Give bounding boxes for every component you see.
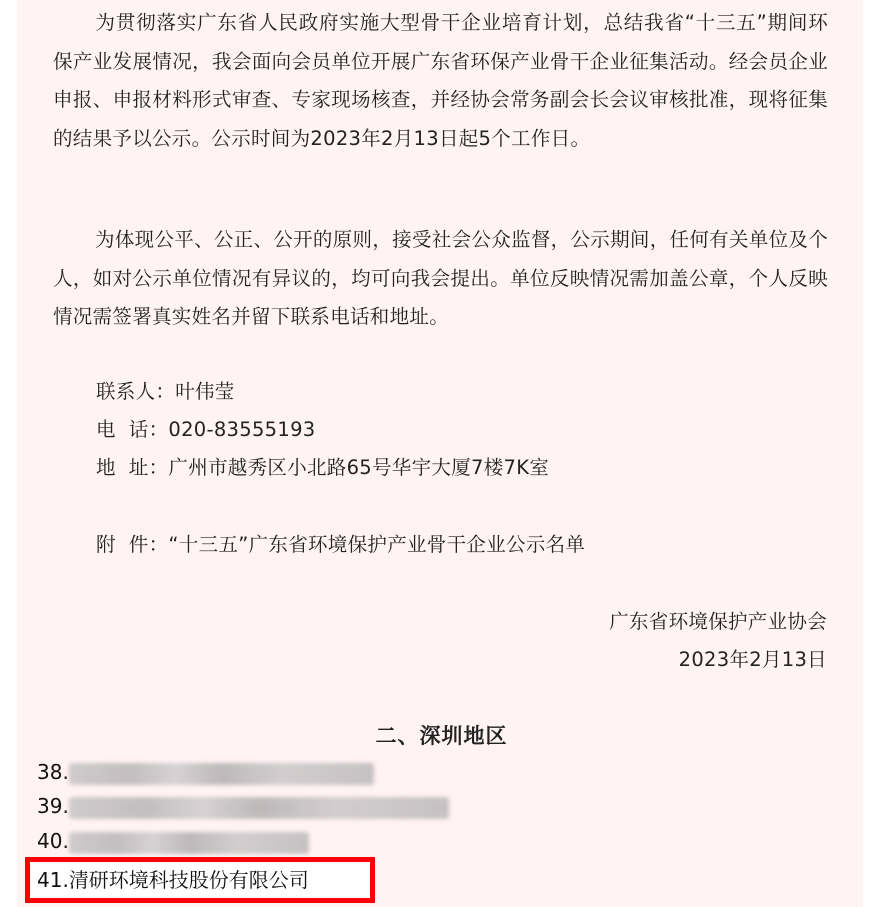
item-number: 40. bbox=[37, 829, 69, 853]
list-item-highlighted: 41.清研环境科技股份有限公司 bbox=[30, 862, 370, 898]
contact-person: 联系人：叶伟莹 bbox=[96, 379, 235, 405]
section-title: 二、深圳地区 bbox=[0, 722, 883, 750]
signature-date: 2023年2月13日 bbox=[679, 647, 827, 673]
attachment-line: 附 件：“十三五”广东省环境保护产业骨干企业公示名单 bbox=[96, 532, 585, 558]
item-number: 38. bbox=[37, 760, 69, 784]
redacted-name bbox=[69, 832, 309, 854]
redacted-name bbox=[69, 763, 374, 785]
contact-phone: 电 话：020-83555193 bbox=[96, 417, 316, 443]
contact-address: 地 址：广州市越秀区小北路65号华宇大厦7楼7K室 bbox=[96, 455, 549, 481]
list-item: 40. bbox=[37, 827, 309, 855]
highlight-box: 41.清研环境科技股份有限公司 bbox=[25, 857, 375, 903]
list-item: 38. bbox=[37, 758, 374, 786]
company-name: 清研环境科技股份有限公司 bbox=[69, 868, 309, 892]
paragraph-1-text: 为贯彻落实广东省人民政府实施大型骨干企业培育计划，总结我省“十三五”期间环保产业… bbox=[53, 11, 828, 150]
item-number: 41. bbox=[37, 868, 69, 892]
paragraph-2-text: 为体现公平、公正、公开的原则，接受社会公众监督，公示期间，任何有关单位及个人，如… bbox=[53, 228, 828, 328]
signature-organization: 广东省环境保护产业协会 bbox=[609, 609, 827, 635]
notice-paragraph-2: 为体现公平、公正、公开的原则，接受社会公众监督，公示期间，任何有关单位及个人，如… bbox=[53, 221, 828, 337]
notice-paragraph-1: 为贯彻落实广东省人民政府实施大型骨干企业培育计划，总结我省“十三五”期间环保产业… bbox=[53, 4, 828, 158]
item-number: 39. bbox=[37, 794, 69, 818]
list-item: 39. bbox=[37, 792, 449, 820]
redacted-name bbox=[69, 797, 449, 819]
